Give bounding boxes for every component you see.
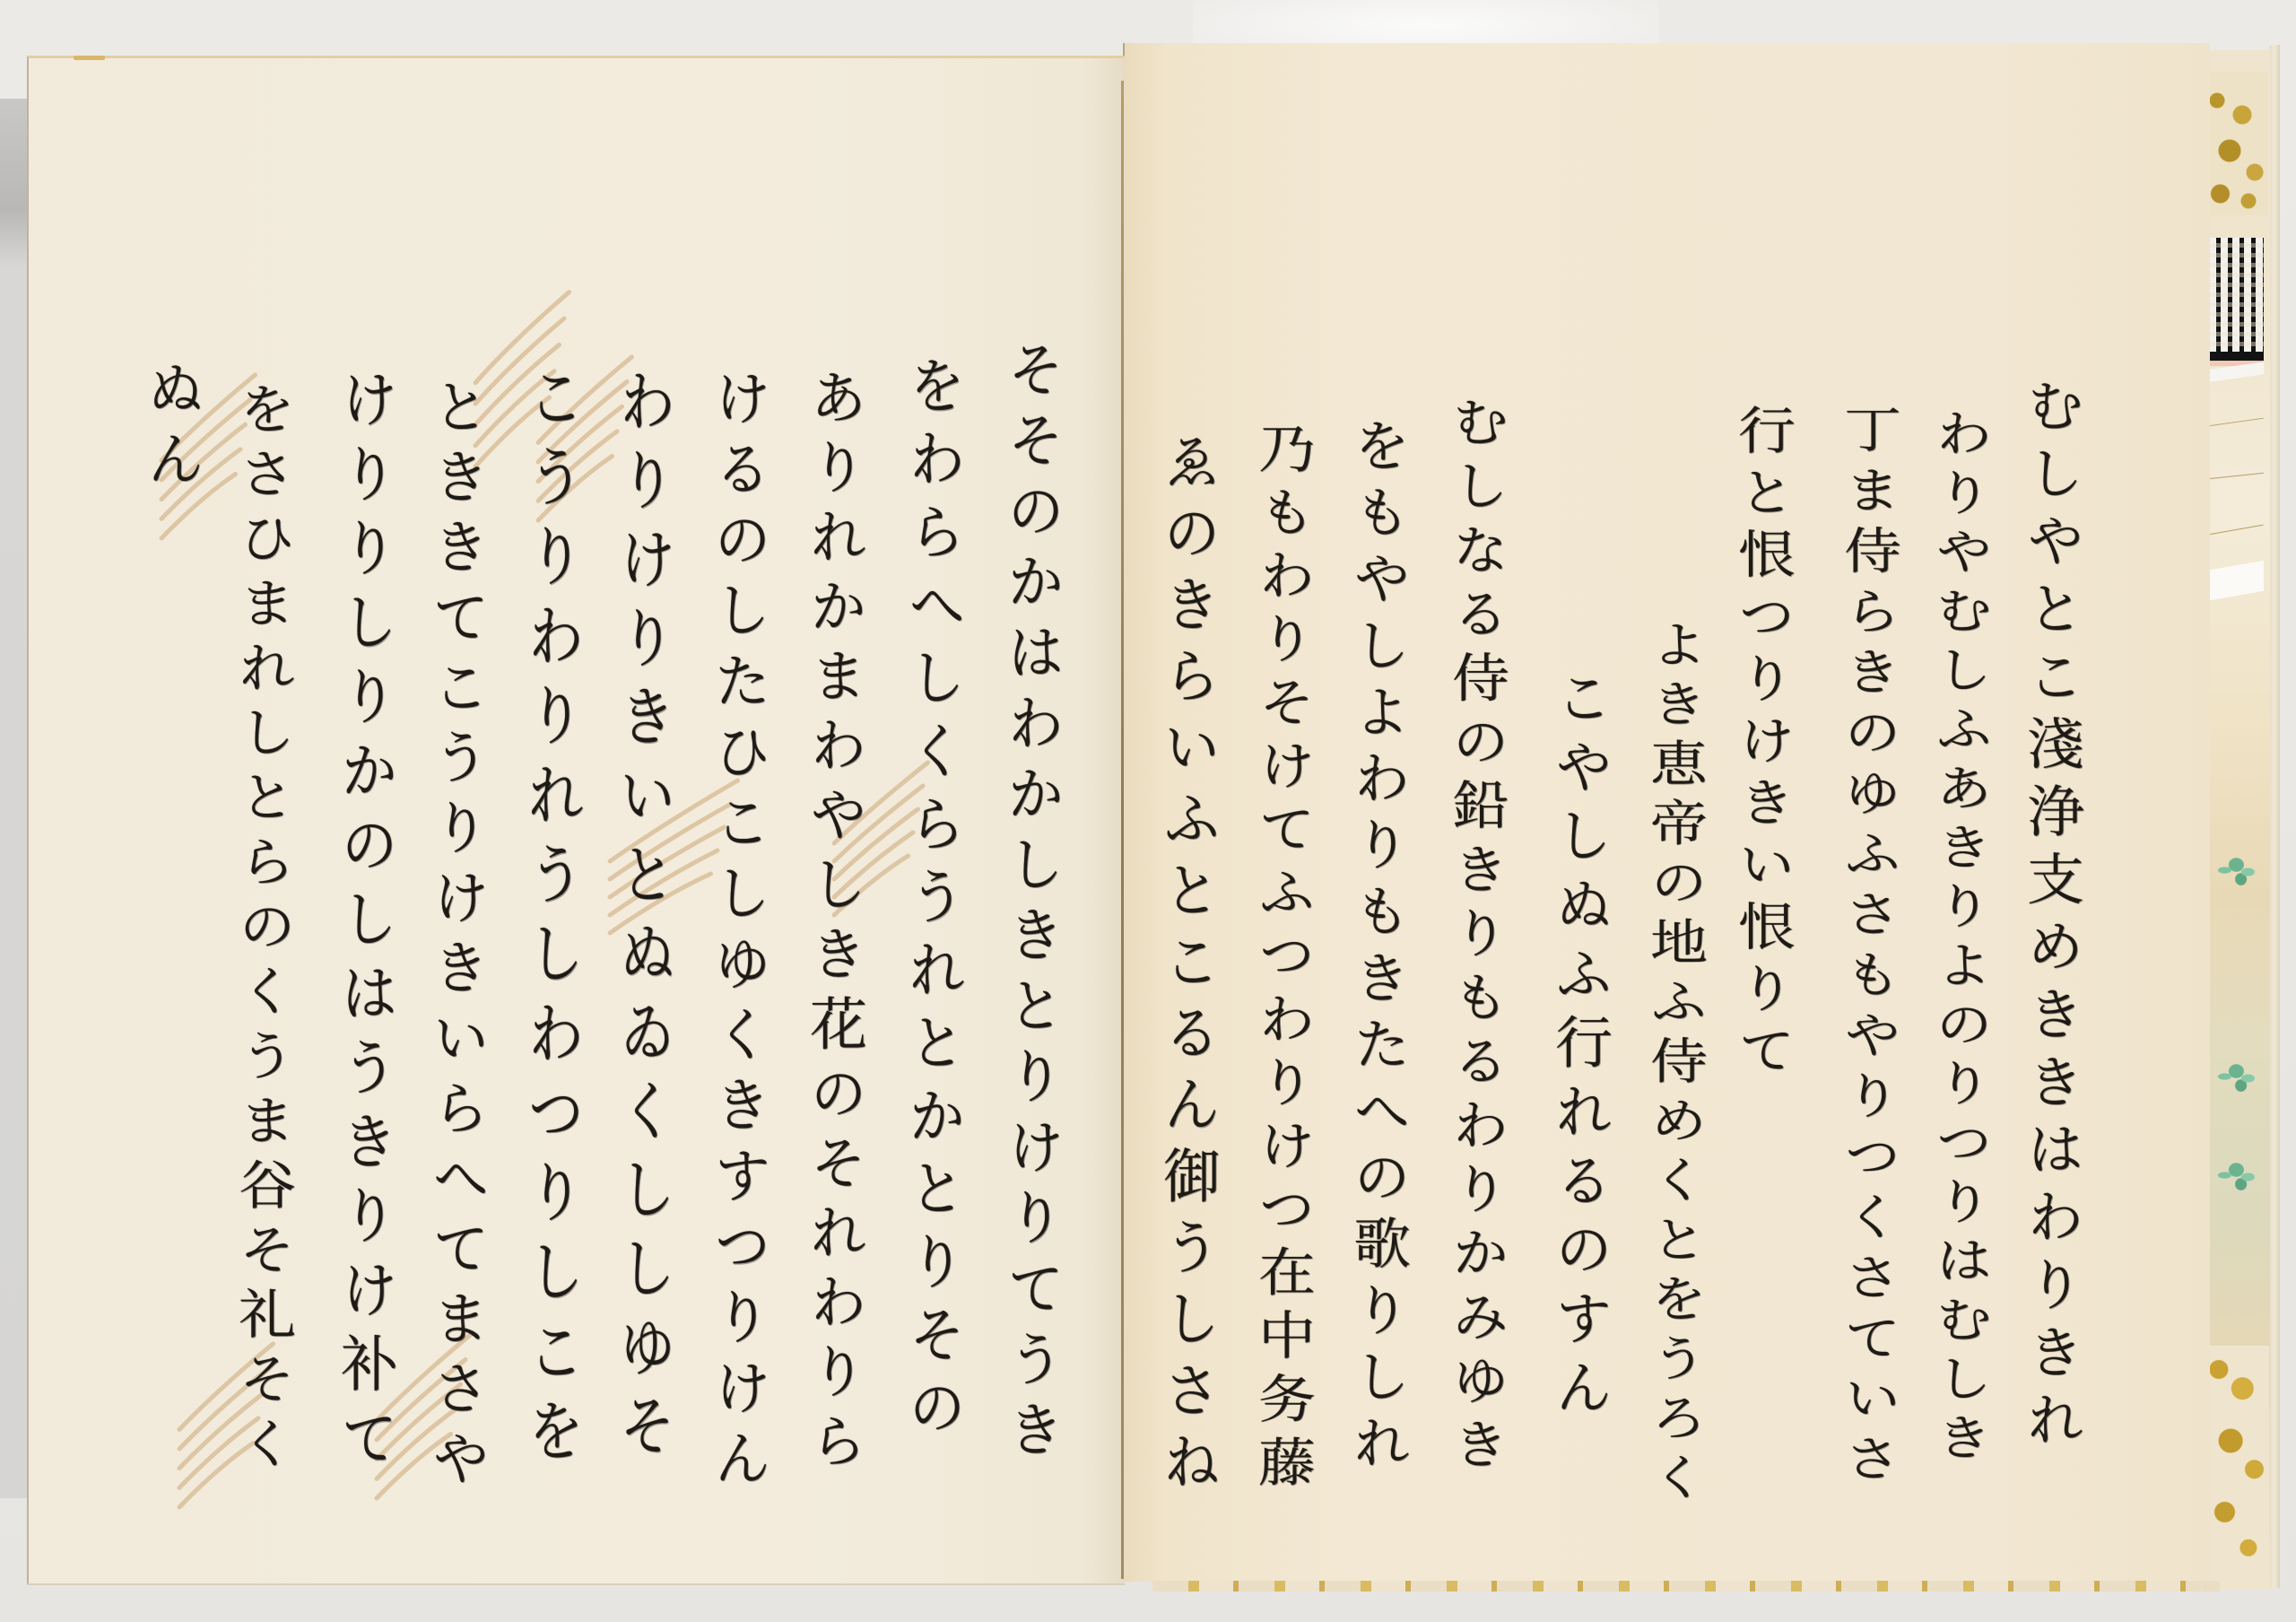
- left-column-10: ぬん: [142, 359, 199, 499]
- green-grass-illustration: [2215, 852, 2262, 888]
- right-column-1: むしやとこ淺浄支めききはわりきれ: [2022, 377, 2079, 1459]
- lattice-window-illustration: [2205, 238, 2264, 359]
- left-column-9: をさひまれしとらのくうま谷そ礼そく: [233, 381, 291, 1480]
- left-column-1: そそのかはわかしきとりけりてうき: [1002, 339, 1059, 1469]
- left-column-5: わりけりきいとぬゐくししゆそ: [613, 368, 671, 1471]
- right-column-6: こやしぬふ行れるのすん: [1550, 668, 1607, 1426]
- gold-leaf-cloud-bottom: [2210, 1346, 2269, 1583]
- green-grass-illustration: [2215, 1059, 2262, 1094]
- right-column-5: よき恵帝の地ふ侍めくとをうろく: [1645, 619, 1702, 1512]
- gold-leaf-cloud-top: [2205, 72, 2267, 215]
- book-gutter: [1121, 81, 1124, 1579]
- green-grass-illustration: [2215, 1157, 2262, 1193]
- right-column-10: ゑのきらいふとこるん御うしさね: [1158, 431, 1215, 1503]
- right-column-3: 丁ま侍らきのゆふさもやりつくさていさ: [1839, 404, 1896, 1493]
- right-column-2: わりやむしふあきりよのりつりはむしき: [1930, 408, 1987, 1471]
- left-column-3: ありれかまわやしき花のそれわりら: [804, 368, 862, 1481]
- right-column-9: 乃もわりそけてふつわりけつ在中务藤: [1253, 422, 1310, 1498]
- left-column-2: をわらへしくらうれとかとりその: [903, 354, 961, 1449]
- left-column-4: けるのしたひこしゆくきすつりけん: [709, 368, 766, 1498]
- right-column-7: むしなる侍の鉛きりもるわりかみゆき: [1447, 395, 1504, 1481]
- paper-stain: [74, 56, 105, 60]
- right-page-gilded-edge: [1152, 1581, 2220, 1591]
- right-column-4: 行と恨つりけきい恨りて: [1733, 404, 1790, 1086]
- background-surface-shadow: [0, 99, 30, 1498]
- left-column-8: けりりしりかのしはうきりけ补て: [335, 368, 393, 1480]
- left-column-6: こうりわりれうしわつりしこを: [522, 363, 579, 1477]
- right-column-8: をもやしよわりもきたへの歌りしれ: [1348, 417, 1405, 1481]
- left-column-7: とききてこうりけきいらへてまさや: [427, 377, 484, 1498]
- book-fore-edge-leaves: [2269, 45, 2280, 1588]
